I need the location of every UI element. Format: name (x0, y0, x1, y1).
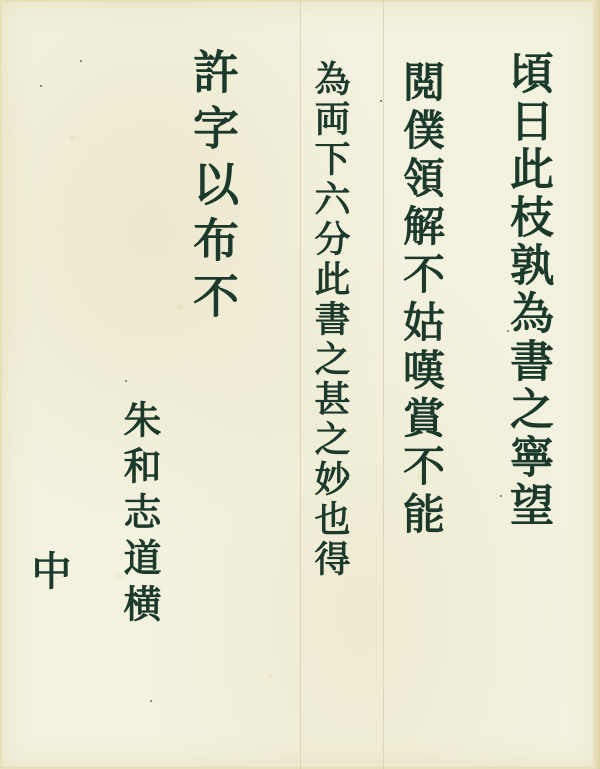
ink-speck (80, 60, 82, 62)
ink-speck (500, 495, 502, 497)
fold-line (300, 0, 301, 769)
calligraphy-sheet: 頃日此枝孰為書之寧望 閲僕領解不姑嘆賞不能 為両下六分此書之甚之妙也得 許字以布… (0, 0, 600, 769)
ink-speck (507, 330, 509, 332)
ink-speck (125, 380, 127, 382)
text-column-2: 閲僕領解不姑嘆賞不能 (400, 60, 442, 540)
ink-speck (40, 85, 42, 87)
ink-speck (380, 100, 382, 102)
text-column-3: 為両下六分此書之甚之妙也得 (312, 60, 348, 580)
fold-line (383, 0, 384, 769)
signature-column: 朱和志道横 (120, 400, 158, 630)
ink-speck (150, 700, 152, 702)
text-column-4: 許字以布不 (190, 48, 236, 328)
paper-edge (593, 0, 600, 769)
addressee-mark: 中 (28, 550, 68, 590)
text-column-1: 頃日此枝孰為書之寧望 (505, 50, 549, 530)
